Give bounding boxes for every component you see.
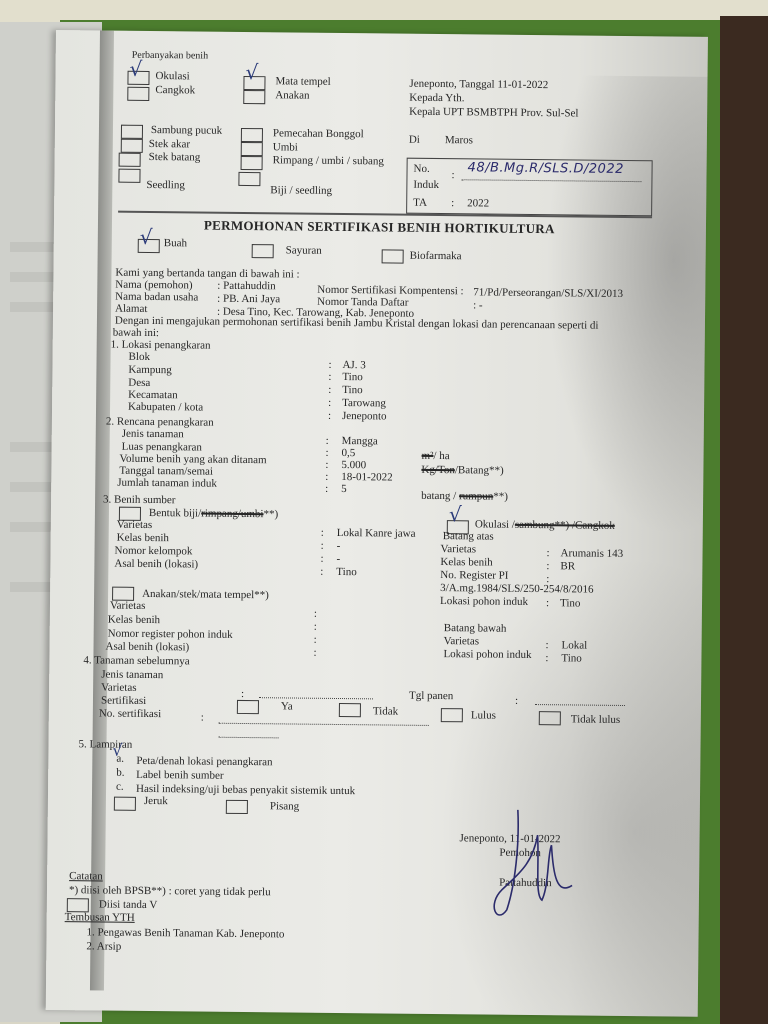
check-mark-icon: √ — [449, 504, 462, 524]
ref-no-value: 48/B.Mg.R/SLS.D/2022 — [468, 161, 624, 176]
business-name: : PB. Ani Jaya — [217, 293, 280, 307]
checkbox-pemecahan-bonggol[interactable] — [241, 128, 263, 142]
ref-ta-value: 2022 — [467, 197, 489, 210]
label-stek-batang: Stek batang — [149, 151, 201, 165]
batang-atas-varietas: Arumanis 143 — [560, 547, 623, 561]
place-date: Jeneponto, Tanggal 11-01-2022 — [409, 78, 548, 92]
address-di-value: Maros — [445, 134, 473, 147]
document-page: Perbanyakan benih √ Okulasi Cangkok Samb… — [46, 30, 708, 1017]
checkbox-seedling[interactable] — [118, 169, 140, 183]
checkbox-stek-akar[interactable] — [121, 139, 143, 153]
check-mark-icon: √ — [129, 59, 142, 79]
checkbox-lulus[interactable] — [441, 708, 463, 722]
label-mata-tempel: Mata tempel — [275, 75, 330, 89]
signature-scribble-icon — [487, 805, 578, 926]
reference-box: No. : 48/B.Mg.R/SLS.D/2022 Induk TA : 20… — [406, 158, 653, 217]
batang-atas-kelas: BR — [560, 560, 575, 573]
label-stek-akar: Stek akar — [149, 138, 190, 151]
no-sertifikasi-field[interactable] — [219, 722, 429, 726]
address-recipient: Kepala UPT BSMBTPH Prov. Sul-Sel — [409, 106, 578, 121]
label-anakan: Anakan — [275, 89, 309, 102]
checkbox-jeruk[interactable] — [114, 797, 136, 811]
label-seedling: Seedling — [146, 179, 185, 192]
checkbox-tidak-lulus[interactable] — [539, 711, 561, 725]
checkbox-ya[interactable] — [237, 700, 259, 714]
perbanyakan-heading: Perbanyakan benih — [132, 49, 209, 63]
label-okulasi: Okulasi — [155, 70, 189, 83]
checkbox-pisang[interactable] — [226, 800, 248, 814]
label-rimpang: Rimpang / umbi / subang — [273, 154, 384, 168]
checkbox-rimpang[interactable] — [241, 156, 263, 170]
applicant-name: : Pattahuddin — [217, 280, 275, 294]
checkbox-biofarmaka[interactable] — [382, 249, 404, 263]
checkbox-biji-seedling[interactable] — [238, 172, 260, 186]
label-sayuran: Sayuran — [286, 244, 322, 257]
page-fold — [90, 30, 114, 990]
checkbox-umbi[interactable] — [241, 142, 263, 156]
ref-no-label: No. — [413, 163, 429, 176]
registration-number: : - — [473, 299, 483, 312]
address-to: Kepada Yth. — [409, 92, 464, 106]
label-buah: Buah — [164, 237, 187, 250]
page-title: PERMOHONAN SERTIFIKASI BENIH HORTIKULTUR… — [204, 218, 555, 238]
label-pemecahan-bonggol: Pemecahan Bonggol — [273, 127, 364, 141]
address-di-label: Di — [409, 134, 420, 147]
ref-induk-label: Induk — [413, 179, 439, 192]
label-cangkok: Cangkok — [155, 84, 195, 97]
label-umbi: Umbi — [273, 141, 298, 154]
label-sambung-pucuk: Sambung pucuk — [151, 124, 222, 138]
checkbox-stek-batang[interactable] — [119, 153, 141, 167]
ref-ta-label: TA — [413, 197, 427, 210]
label-biji-seedling: Biji / seedling — [270, 184, 332, 198]
wood-surface — [720, 16, 768, 1024]
checkbox-tidak[interactable] — [339, 703, 361, 717]
check-mark-icon: √ — [140, 227, 153, 247]
checkbox-sambung-pucuk[interactable] — [121, 125, 143, 139]
varietas-field[interactable] — [259, 696, 373, 699]
checkbox-cangkok[interactable] — [127, 87, 149, 101]
label-biofarmaka: Biofarmaka — [410, 250, 462, 264]
checkbox-anakan[interactable] — [243, 90, 265, 104]
check-mark-icon: √ — [112, 741, 122, 761]
checkbox-sayuran[interactable] — [252, 244, 274, 258]
competency-cert-number: 71/Pd/Perseorangan/SLS/XI/2013 — [473, 286, 623, 301]
check-mark-icon: √ — [245, 62, 258, 82]
